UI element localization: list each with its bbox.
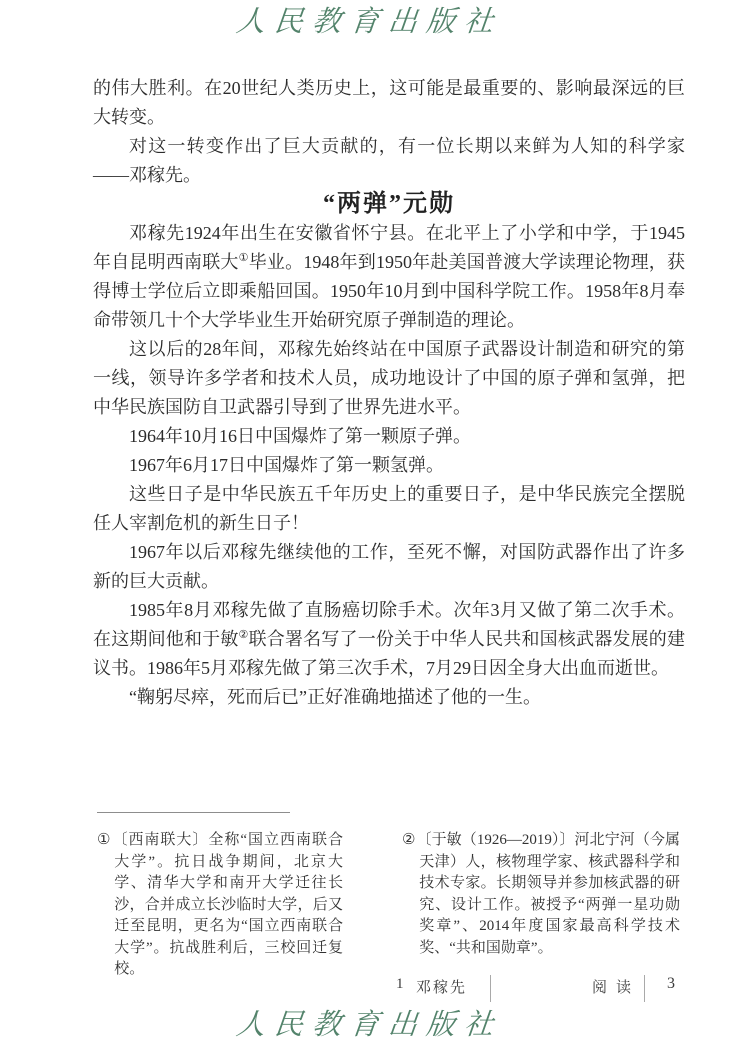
footnote-ref-1: ① xyxy=(239,252,249,264)
paragraph-after-1967: 1967年以后邓稼先继续他的工作，至死不懈，对国防武器作出了许多新的巨大贡献。 xyxy=(93,538,685,596)
footnote-1-text: 〔西南联大〕全称“国立西南联合大学”。抗日战争期间，北京大学、清华大学和南开大学… xyxy=(112,832,343,977)
paragraph-biography: 邓稼先1924年出生在安徽省怀宁县。在北平上了小学和中学，于1945年自昆明西南… xyxy=(93,219,685,335)
footnote-1-marker: ① xyxy=(97,832,111,848)
paragraph-epitaph: “鞠躬尽瘁，死而后已”正好准确地描述了他的一生。 xyxy=(93,683,685,712)
footer-divider-right xyxy=(644,975,645,1002)
footer-lesson-number: 1 xyxy=(396,976,404,993)
footnote-1: ①〔西南联大〕全称“国立西南联合大学”。抗日战争期间，北京大学、清华大学和南开大… xyxy=(97,830,343,981)
footnote-column-left: ①〔西南联大〕全称“国立西南联合大学”。抗日战争期间，北京大学、清华大学和南开大… xyxy=(97,830,343,981)
paragraph-1967: 1967年6月17日中国爆炸了第一颗氢弹。 xyxy=(93,451,685,480)
footnote-ref-2: ② xyxy=(239,629,249,641)
continued-paragraph: 的伟大胜利。在20世纪人类历史上，这可能是最重要的、影响最深远的巨大转变。 xyxy=(93,74,685,132)
paragraph-1964: 1964年10月16日中国爆炸了第一颗原子弹。 xyxy=(93,422,685,451)
intro-paragraph: 对这一转变作出了巨大贡献的，有一位长期以来鲜为人知的科学家——邓稼先。 xyxy=(93,132,685,190)
footer-page-number: 3 xyxy=(667,975,675,993)
footnote-2: ②〔于敏（1926—2019）〕河北宁河（今属天津）人，核物理学家、核武器科学和… xyxy=(402,830,680,959)
paragraph-28-years: 这以后的28年间，邓稼先始终站在中国原子武器设计制造和研究的第一线，领导许多学者… xyxy=(93,335,685,422)
footer-divider-left xyxy=(490,975,491,1002)
paragraph-surgery: 1985年8月邓稼先做了直肠癌切除手术。次年3月又做了第二次手术。在这期间他和于… xyxy=(93,596,685,683)
footnote-2-marker: ② xyxy=(402,832,416,848)
publisher-logo-top: 人民教育出版社 xyxy=(0,0,739,40)
section-heading: “两弹”元勋 xyxy=(93,190,685,219)
footer-section-label: 阅读 xyxy=(592,976,640,997)
publisher-logo-bottom: 人民教育出版社 xyxy=(0,1002,739,1043)
footer-lesson-title: 邓稼先 xyxy=(416,976,467,997)
paragraph-important-days: 这些日子是中华民族五千年历史上的重要日子，是中华民族完全摆脱任人宰割危机的新生日… xyxy=(93,480,685,538)
footnote-column-right: ②〔于敏（1926—2019）〕河北宁河（今属天津）人，核物理学家、核武器科学和… xyxy=(402,830,680,959)
footnote-2-text: 〔于敏（1926—2019）〕河北宁河（今属天津）人，核物理学家、核武器科学和技… xyxy=(417,832,680,956)
page-body: 的伟大胜利。在20世纪人类历史上，这可能是最重要的、影响最深远的巨大转变。 对这… xyxy=(93,74,685,712)
footnote-separator-rule xyxy=(97,812,290,813)
